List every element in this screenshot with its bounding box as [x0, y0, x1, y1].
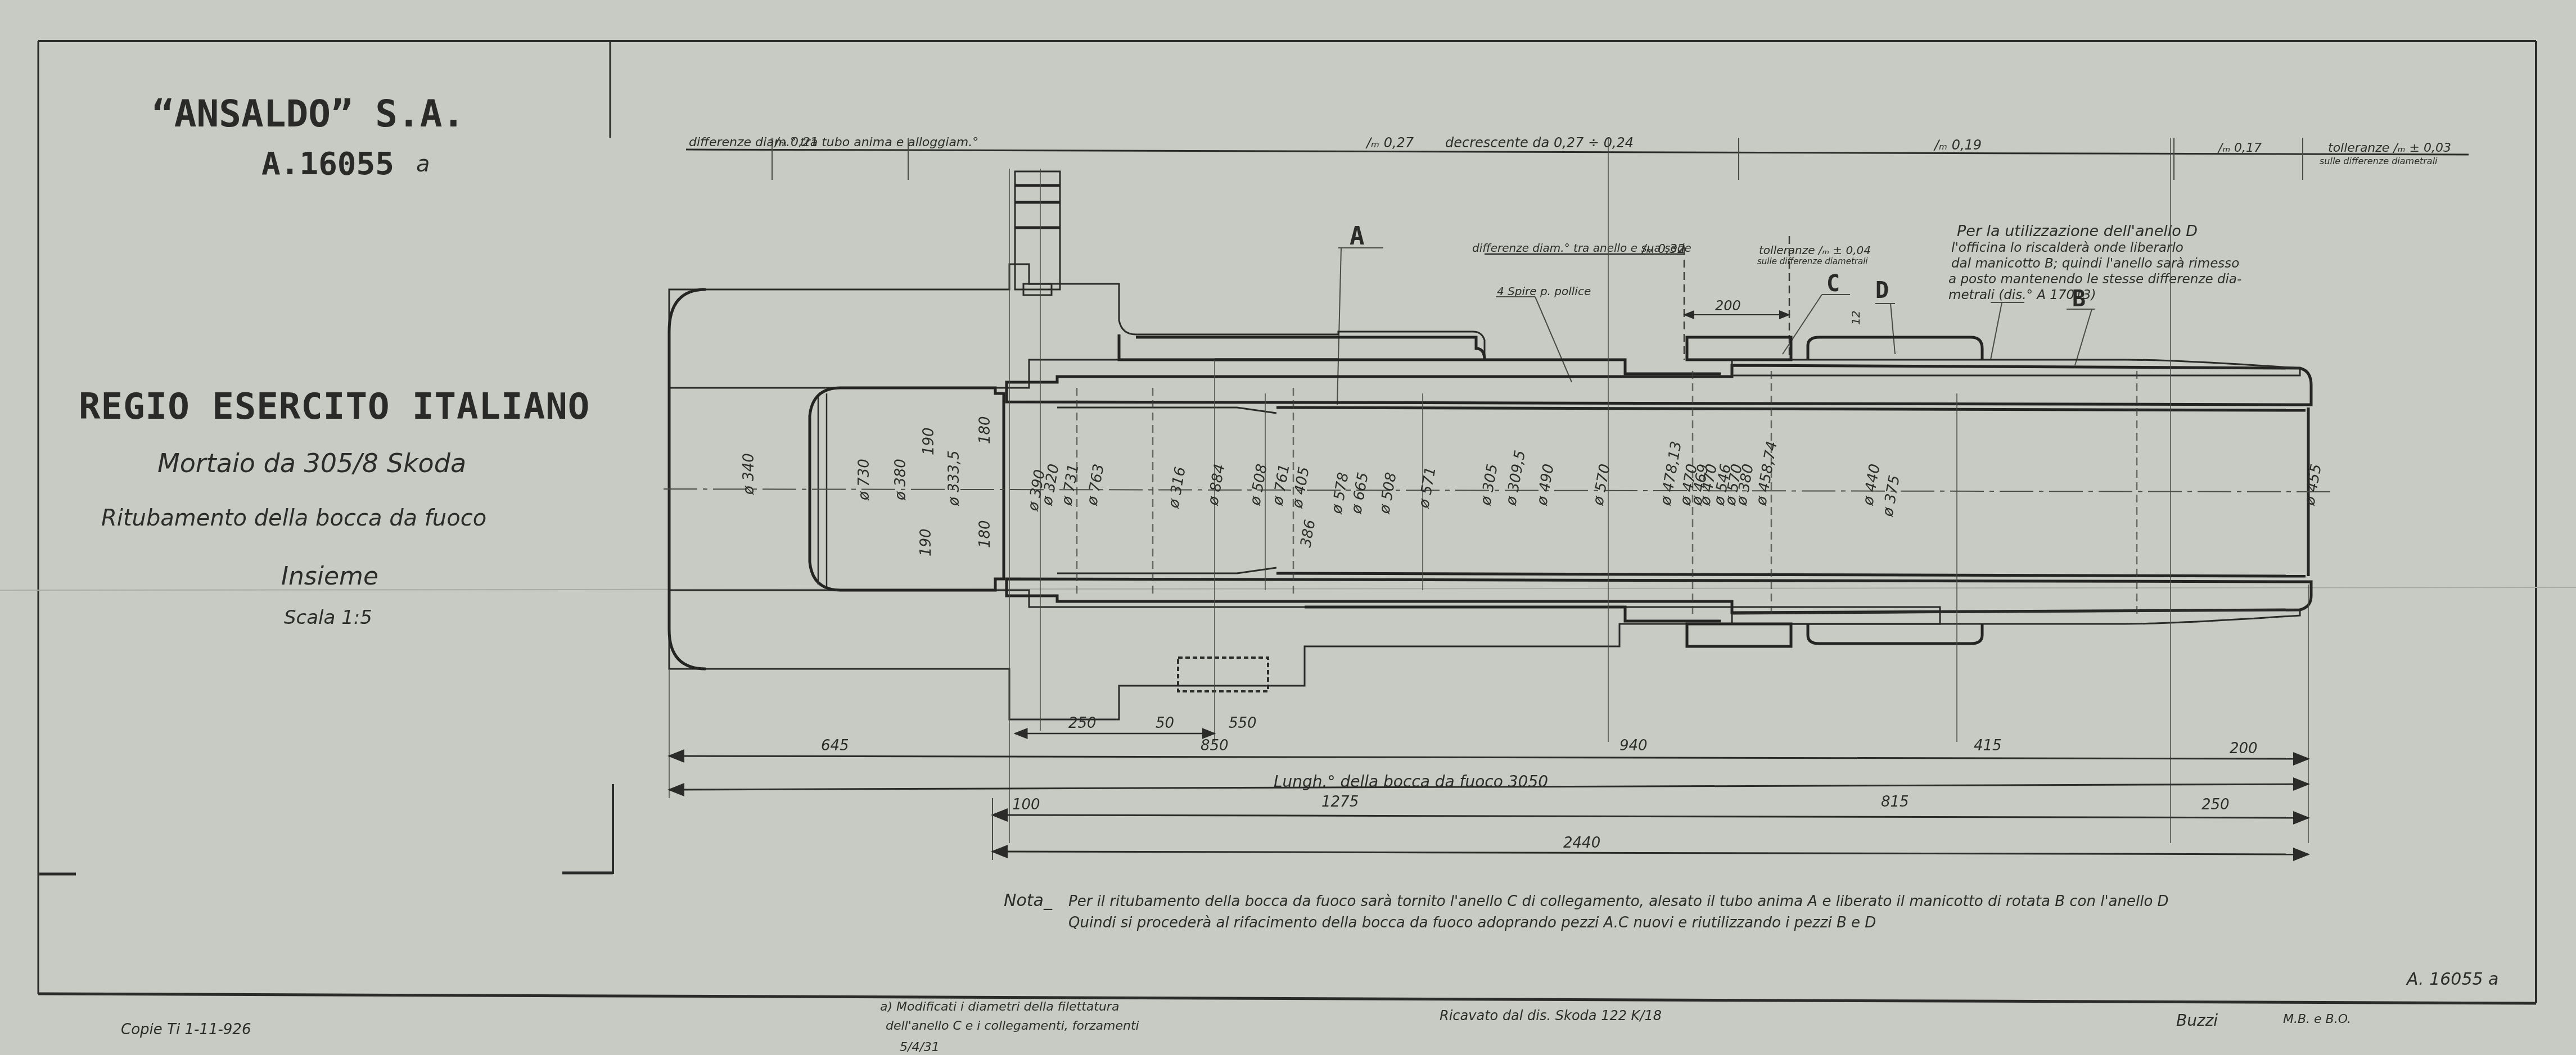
- diameter-label: ø 508: [1247, 463, 1271, 507]
- dim-645: 645: [821, 737, 849, 754]
- part-label-c: C: [1826, 271, 1840, 297]
- technical-drawing: “ANSALDO” S.A. A.16055 a REGIO ESERCITO …: [0, 0, 2576, 1055]
- diameter-label: ø 508: [1376, 471, 1400, 515]
- diameter-label: ø 380: [892, 459, 909, 501]
- diameter-label: ø 340: [741, 453, 757, 495]
- modification-date: 5/4/31: [900, 1040, 940, 1054]
- dim-100: 100: [1012, 796, 1040, 813]
- signature: Buzzi: [2176, 1011, 2218, 1030]
- diameter-label: ø 665: [1348, 471, 1372, 515]
- diameter-label: 190: [918, 528, 935, 556]
- copy-note: Copie Ti 1-11-926: [121, 1021, 251, 1038]
- diameter-label: ø 730: [856, 459, 873, 501]
- diameter-label: ø 309,5: [1503, 449, 1529, 507]
- initials: M.B. e B.O.: [2283, 1012, 2351, 1026]
- ring-tolerance-sub: sulle differenze diametrali: [1757, 256, 1868, 266]
- diameter-label: 180: [977, 416, 994, 444]
- end-tolerance: tolleranze ∕ₘ ± 0,03: [2328, 141, 2451, 155]
- tube-housing-value-1: ∕ₘ 0,21: [774, 135, 818, 150]
- organization-name: REGIO ESERCITO ITALIANO: [79, 386, 590, 428]
- subject-line-2: Ritubamento della bocca da fuoco: [101, 505, 486, 531]
- dim-250: 250: [1068, 715, 1097, 732]
- ring-note: Per la utilizzazione dell'anello D l'off…: [1948, 223, 2241, 360]
- drawing-number: A.16055: [261, 146, 394, 182]
- decreasing-label: decrescente da 0,27 ÷ 0,24: [1445, 135, 1634, 151]
- dim-50: 50: [1156, 715, 1174, 732]
- diameter-label: ø 490: [1533, 463, 1558, 507]
- view-name: Insieme: [281, 562, 378, 591]
- scale-label: Scala 1:5: [284, 606, 372, 629]
- dim-200: 200: [2230, 740, 2258, 757]
- tolerance-value-4: ∕ₘ 0,17: [2217, 141, 2262, 155]
- note-line-1: Per il ritubamento della bocca da fuoco …: [1068, 893, 2169, 910]
- diameter-label: ø 731: [1058, 463, 1082, 507]
- ring-note-line-4: a posto mantenendo le stesse differenze …: [1948, 272, 2241, 287]
- thread-note: 4 Spire p. pollice: [1497, 284, 1591, 298]
- diameter-labels: ø 340 ø 730 ø 380 190 ø 333,5 180 190 18…: [741, 416, 2325, 556]
- diameter-label: ø 570: [1590, 463, 1614, 507]
- dim-250-end: 250: [2201, 796, 2230, 813]
- tolerance-value-3: ∕ₘ 0,19: [1933, 137, 1982, 153]
- modification-note-1: a) Modificati i diametri della filettatu…: [880, 1000, 1119, 1014]
- tube-housing-value-2: ∕ₘ 0,27: [1365, 135, 1414, 151]
- footer-notes: Copie Ti 1-11-926 a) Modificati i diamet…: [121, 1000, 2351, 1054]
- ring-length-dim: 200: [1715, 298, 1741, 314]
- diameter-label: ø 316: [1165, 465, 1189, 510]
- end-tolerance-sub: sulle differenze diametrali: [2320, 156, 2438, 166]
- ring-note-line-1: Per la utilizzazione dell'anello D: [1957, 223, 2198, 240]
- note-prefix: Nota_: [1004, 891, 1053, 911]
- ring-note-line-3: dal manicotto B; quindi l'anello sarà ri…: [1951, 256, 2239, 271]
- part-label-a: A: [1350, 222, 1365, 251]
- dim-2440: 2440: [1563, 835, 1600, 852]
- dim-815: 815: [1881, 794, 1909, 811]
- diameter-label: ø 440: [1860, 463, 1884, 507]
- corner-drawing-ref: A. 16055 a: [2406, 970, 2499, 989]
- dim-850: 850: [1201, 737, 1229, 754]
- revision-letter: a: [416, 151, 430, 177]
- dim-1275: 1275: [1321, 794, 1359, 811]
- title-block: “ANSALDO” S.A. A.16055 a REGIO ESERCITO …: [79, 92, 590, 629]
- subject-line-1: Mortaio da 305/8 Skoda: [157, 448, 466, 478]
- diameter-label: ø 884: [1204, 463, 1229, 507]
- diameter-label: 180: [977, 520, 994, 548]
- diameter-label: ø 455: [2301, 463, 2325, 507]
- note-block: Nota_ Per il ritubamento della bocca da …: [1004, 891, 2169, 931]
- derived-from-note: Ricavato dal dis. Skoda 122 K/18: [1440, 1008, 1662, 1024]
- company-name: “ANSALDO” S.A.: [152, 92, 464, 135]
- diameter-label: ø 333,5: [946, 450, 963, 506]
- diameter-label: ø 458,74: [1753, 440, 1781, 508]
- dim-940: 940: [1619, 737, 1648, 754]
- ring-note-line-2: l'officina lo riscalderà onde liberarlo: [1951, 241, 2183, 255]
- part-label-d: D: [1875, 278, 1889, 304]
- overall-length-label: Lungh.° della bocca da fuoco 3050: [1274, 772, 1548, 791]
- drawing-sheet: “ANSALDO” S.A. A.16055 a REGIO ESERCITO …: [0, 0, 2576, 1055]
- note-line-2: Quindi si procederà al rifacimento della…: [1068, 914, 1876, 931]
- dim-550: 550: [1229, 715, 1257, 732]
- tube-housing-diff-label: differenze diam.° tra tubo anima e allog…: [689, 135, 978, 150]
- diameter-label: 386: [1297, 518, 1319, 549]
- modification-note-2: dell'anello C e i collegamenti, forzamen…: [886, 1019, 1139, 1033]
- diameter-label: ø 405: [1289, 465, 1313, 510]
- diameter-label: ø 571: [1415, 465, 1440, 510]
- dim-415: 415: [1974, 737, 2002, 754]
- ring-tolerance: tolleranze ∕ₘ ± 0,04: [1759, 243, 1871, 257]
- part-label-b: B: [2072, 286, 2086, 312]
- ring-seat-value: ∕ₘ 0,32: [1641, 242, 1685, 256]
- diameter-label: 190: [921, 427, 937, 455]
- diameter-label: ø 305: [1477, 463, 1501, 507]
- diameter-label: ø 375: [1879, 474, 1903, 518]
- length-dimensions: 250 50 550 645 850 940 415 200 Lungh.° d…: [669, 715, 2308, 860]
- ring-thickness-dim: 12: [1849, 311, 1862, 325]
- diameter-label: ø 763: [1084, 463, 1108, 507]
